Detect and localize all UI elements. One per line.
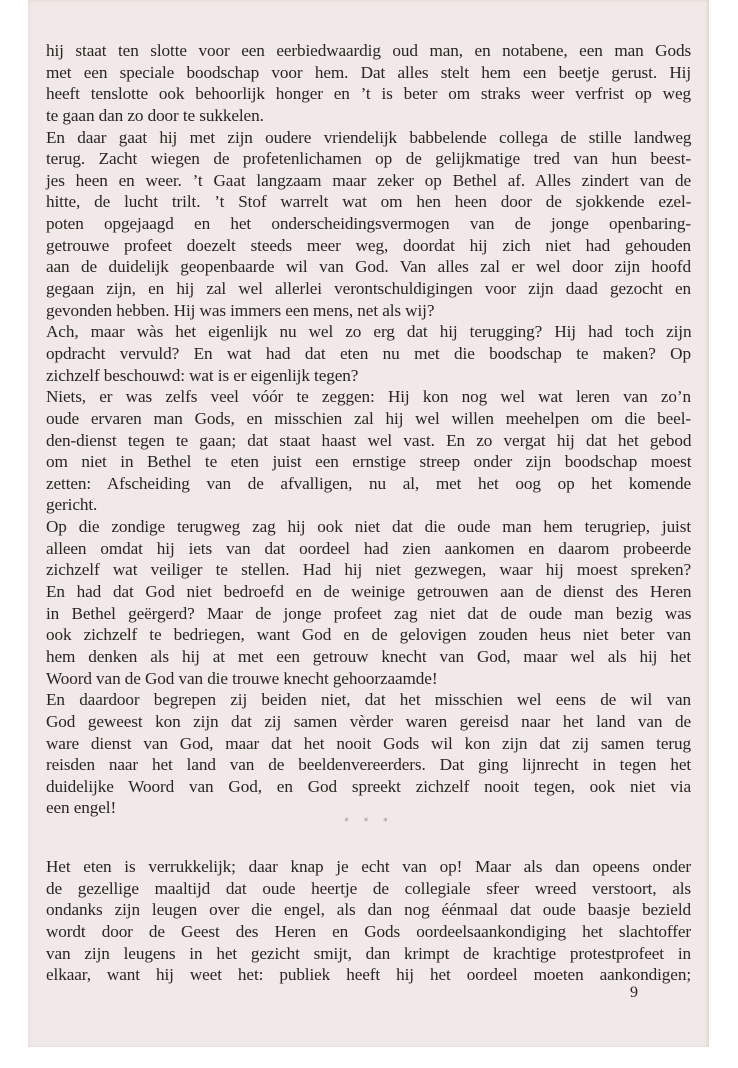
text-line: ondanks zijn leugen over die engel, als …	[46, 899, 691, 921]
text-line: oude ervaren man Gods, en misschien zal …	[46, 408, 691, 430]
text-line: in Bethel geërgerd? Maar de jonge profee…	[46, 603, 691, 625]
page-number: 9	[620, 984, 638, 1002]
text-line: wordt door de Geest des Heren en Gods oo…	[46, 921, 691, 943]
text-line: een engel!	[46, 797, 691, 819]
text-line: met een speciale boodschap voor hem. Dat…	[46, 62, 691, 84]
text-line: hitte, de lucht trilt. ’t Stof warrelt w…	[46, 191, 691, 213]
text-line: Ach, maar wàs het eigenlijk nu wel zo er…	[46, 321, 691, 343]
text-line: gegaan zijn, en hij zal wel allerlei ver…	[46, 278, 691, 300]
text-line: alleen omdat hij iets van dat oordeel ha…	[46, 538, 691, 560]
text-line: hij staat ten slotte voor een eerbiedwaa…	[46, 40, 691, 62]
text-line: Niets, er was zelfs veel vóór te zeggen:…	[46, 386, 691, 408]
text-line: ware dienst van God, maar dat het nooit …	[46, 733, 691, 755]
text-line: gericht.	[46, 494, 691, 516]
text-line: aan de duidelijk geopenbaarde wil van Go…	[46, 256, 691, 278]
text-line: terug. Zacht wiegen de profetenlichamen …	[46, 148, 691, 170]
text-line: van zijn leugens in het gezicht smijt, d…	[46, 943, 691, 965]
text-line: jes heen en weer. ’t Gaat langzaam maar …	[46, 170, 691, 192]
text-line: hem denken als hij at met een getrouw kn…	[46, 646, 691, 668]
text-line: zichzelf wat veiliger te stellen. Had hi…	[46, 559, 691, 581]
text-line: om niet in Bethel te eten juist een erns…	[46, 451, 691, 473]
text-line: den-dienst tegen te gaan; dat staat haas…	[46, 430, 691, 452]
text-line: elkaar, want hij weet het: publiek heeft…	[46, 964, 691, 986]
text-line: Op die zondige terugweg zag hij ook niet…	[46, 516, 691, 538]
section-separator: * * *	[0, 817, 738, 827]
text-line: zetten: Afscheiding van de afvalligen, n…	[46, 473, 691, 495]
text-line: te gaan dan zo door te sukkelen.	[46, 105, 691, 127]
text-line: getrouwe profeet doezelt steeds meer weg…	[46, 235, 691, 257]
text-line: zichzelf beschouwd: wat is er eigenlijk …	[46, 365, 691, 387]
text-line: God geweest kon zijn dat zij samen vèrde…	[46, 711, 691, 733]
text-line: Het eten is verrukkelijk; daar knap je e…	[46, 856, 691, 878]
text-line: gevonden hebben. Hij was immers een mens…	[46, 300, 691, 322]
text-line: opdracht vervuld? En wat had dat eten nu…	[46, 343, 691, 365]
text-line: reisden naar het land van de beeldenvere…	[46, 754, 691, 776]
text-line: En daar gaat hij met zijn oudere vriende…	[46, 127, 691, 149]
text-line: En had dat God niet bedroefd en de weini…	[46, 581, 691, 603]
text-line: duidelijke Woord van God, en God spreekt…	[46, 776, 691, 798]
body-text-section-2: Het eten is verrukkelijk; daar knap je e…	[46, 856, 691, 986]
text-line: ook zichzelf te bedriegen, want God en d…	[46, 624, 691, 646]
text-line: En daardoor begrepen zij beiden niet, da…	[46, 689, 691, 711]
text-line: poten opgejaagd en het onderscheidingsve…	[46, 213, 691, 235]
body-text-section-1: hij staat ten slotte voor een eerbiedwaa…	[46, 40, 691, 819]
text-line: de gezellige maaltijd dat oude heertje d…	[46, 878, 691, 900]
text-line: Woord van de God van die trouwe knecht g…	[46, 668, 691, 690]
text-line: heeft tenslotte ook behoorlijk honger en…	[46, 83, 691, 105]
